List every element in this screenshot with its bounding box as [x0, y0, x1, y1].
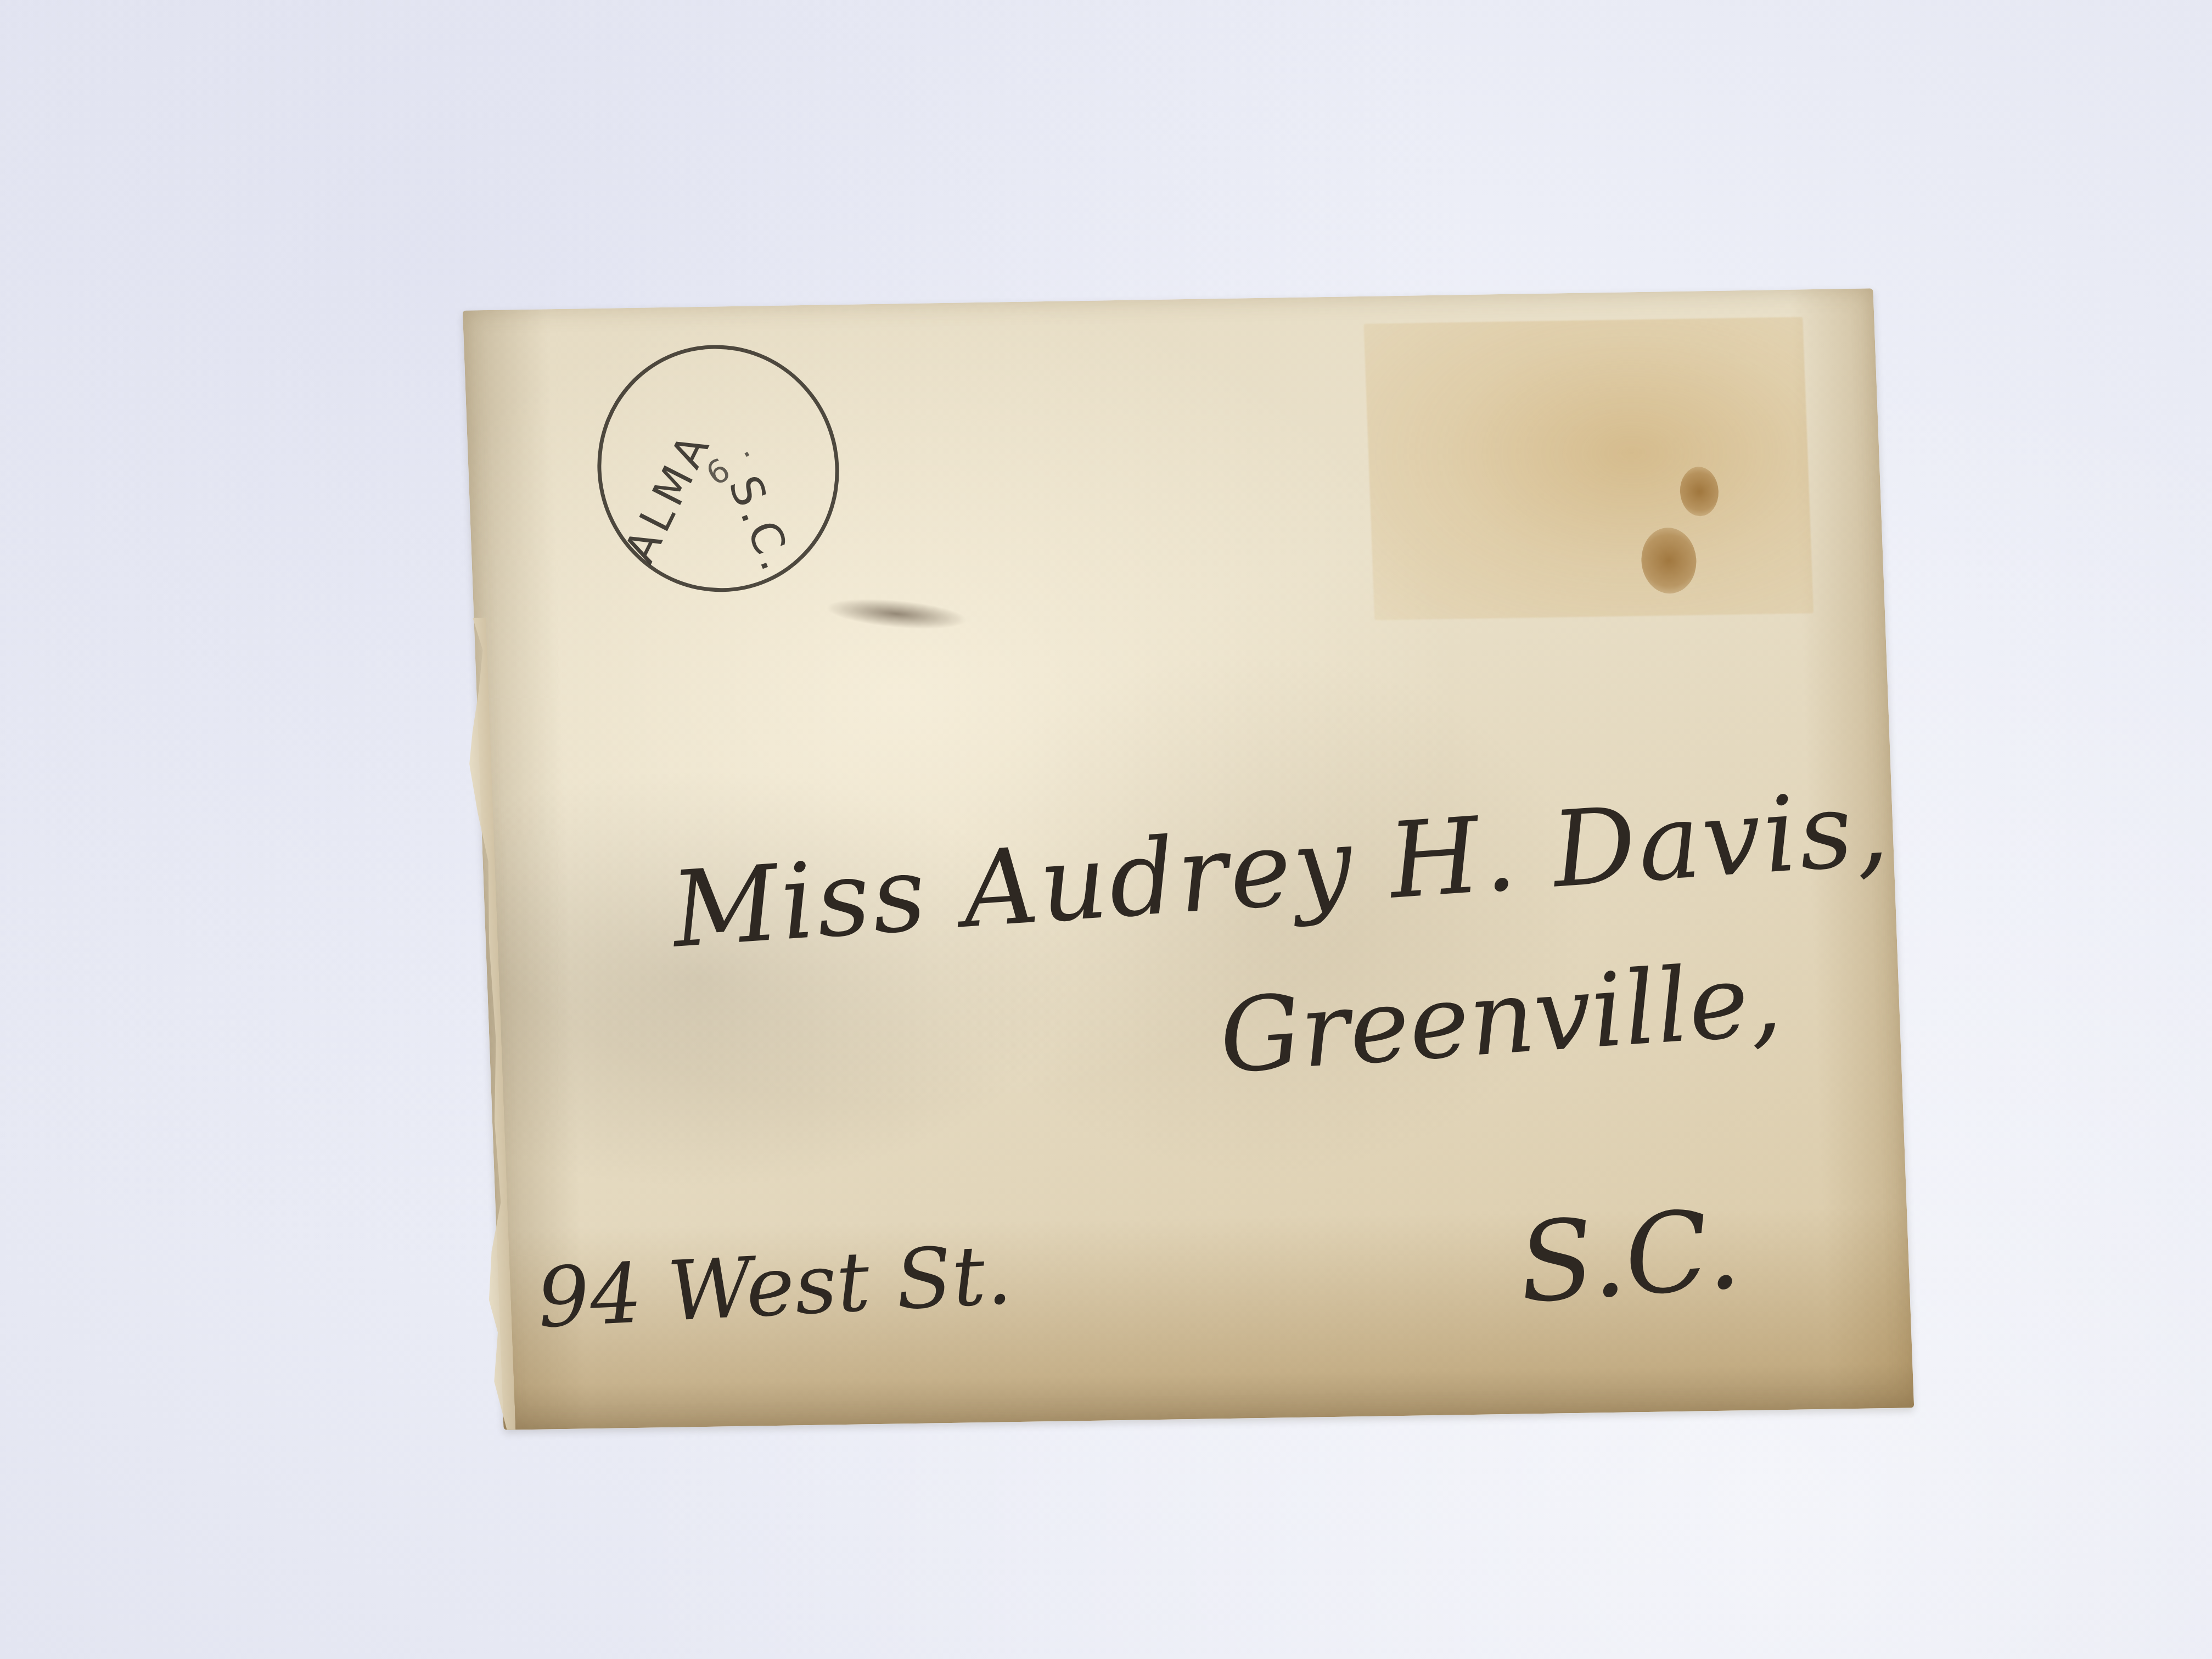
- stamp-stain: [1363, 317, 1814, 620]
- recipient-state: S.C.: [1513, 1185, 1745, 1328]
- postmark: ALMA 6 · S.C.: [593, 343, 843, 594]
- postmark-town: ALMA: [615, 422, 722, 570]
- recipient-street: 94 West St.: [534, 1227, 1015, 1346]
- postmark-state: S.C.: [718, 469, 804, 580]
- envelope: ALMA 6 · S.C. Miss Audrey H. Davis, Gree…: [463, 288, 1914, 1430]
- ink-smudge: [824, 594, 969, 634]
- recipient-name: Miss Audrey H. Davis,: [667, 767, 1895, 971]
- recipient-city: Greenville,: [1215, 940, 1786, 1096]
